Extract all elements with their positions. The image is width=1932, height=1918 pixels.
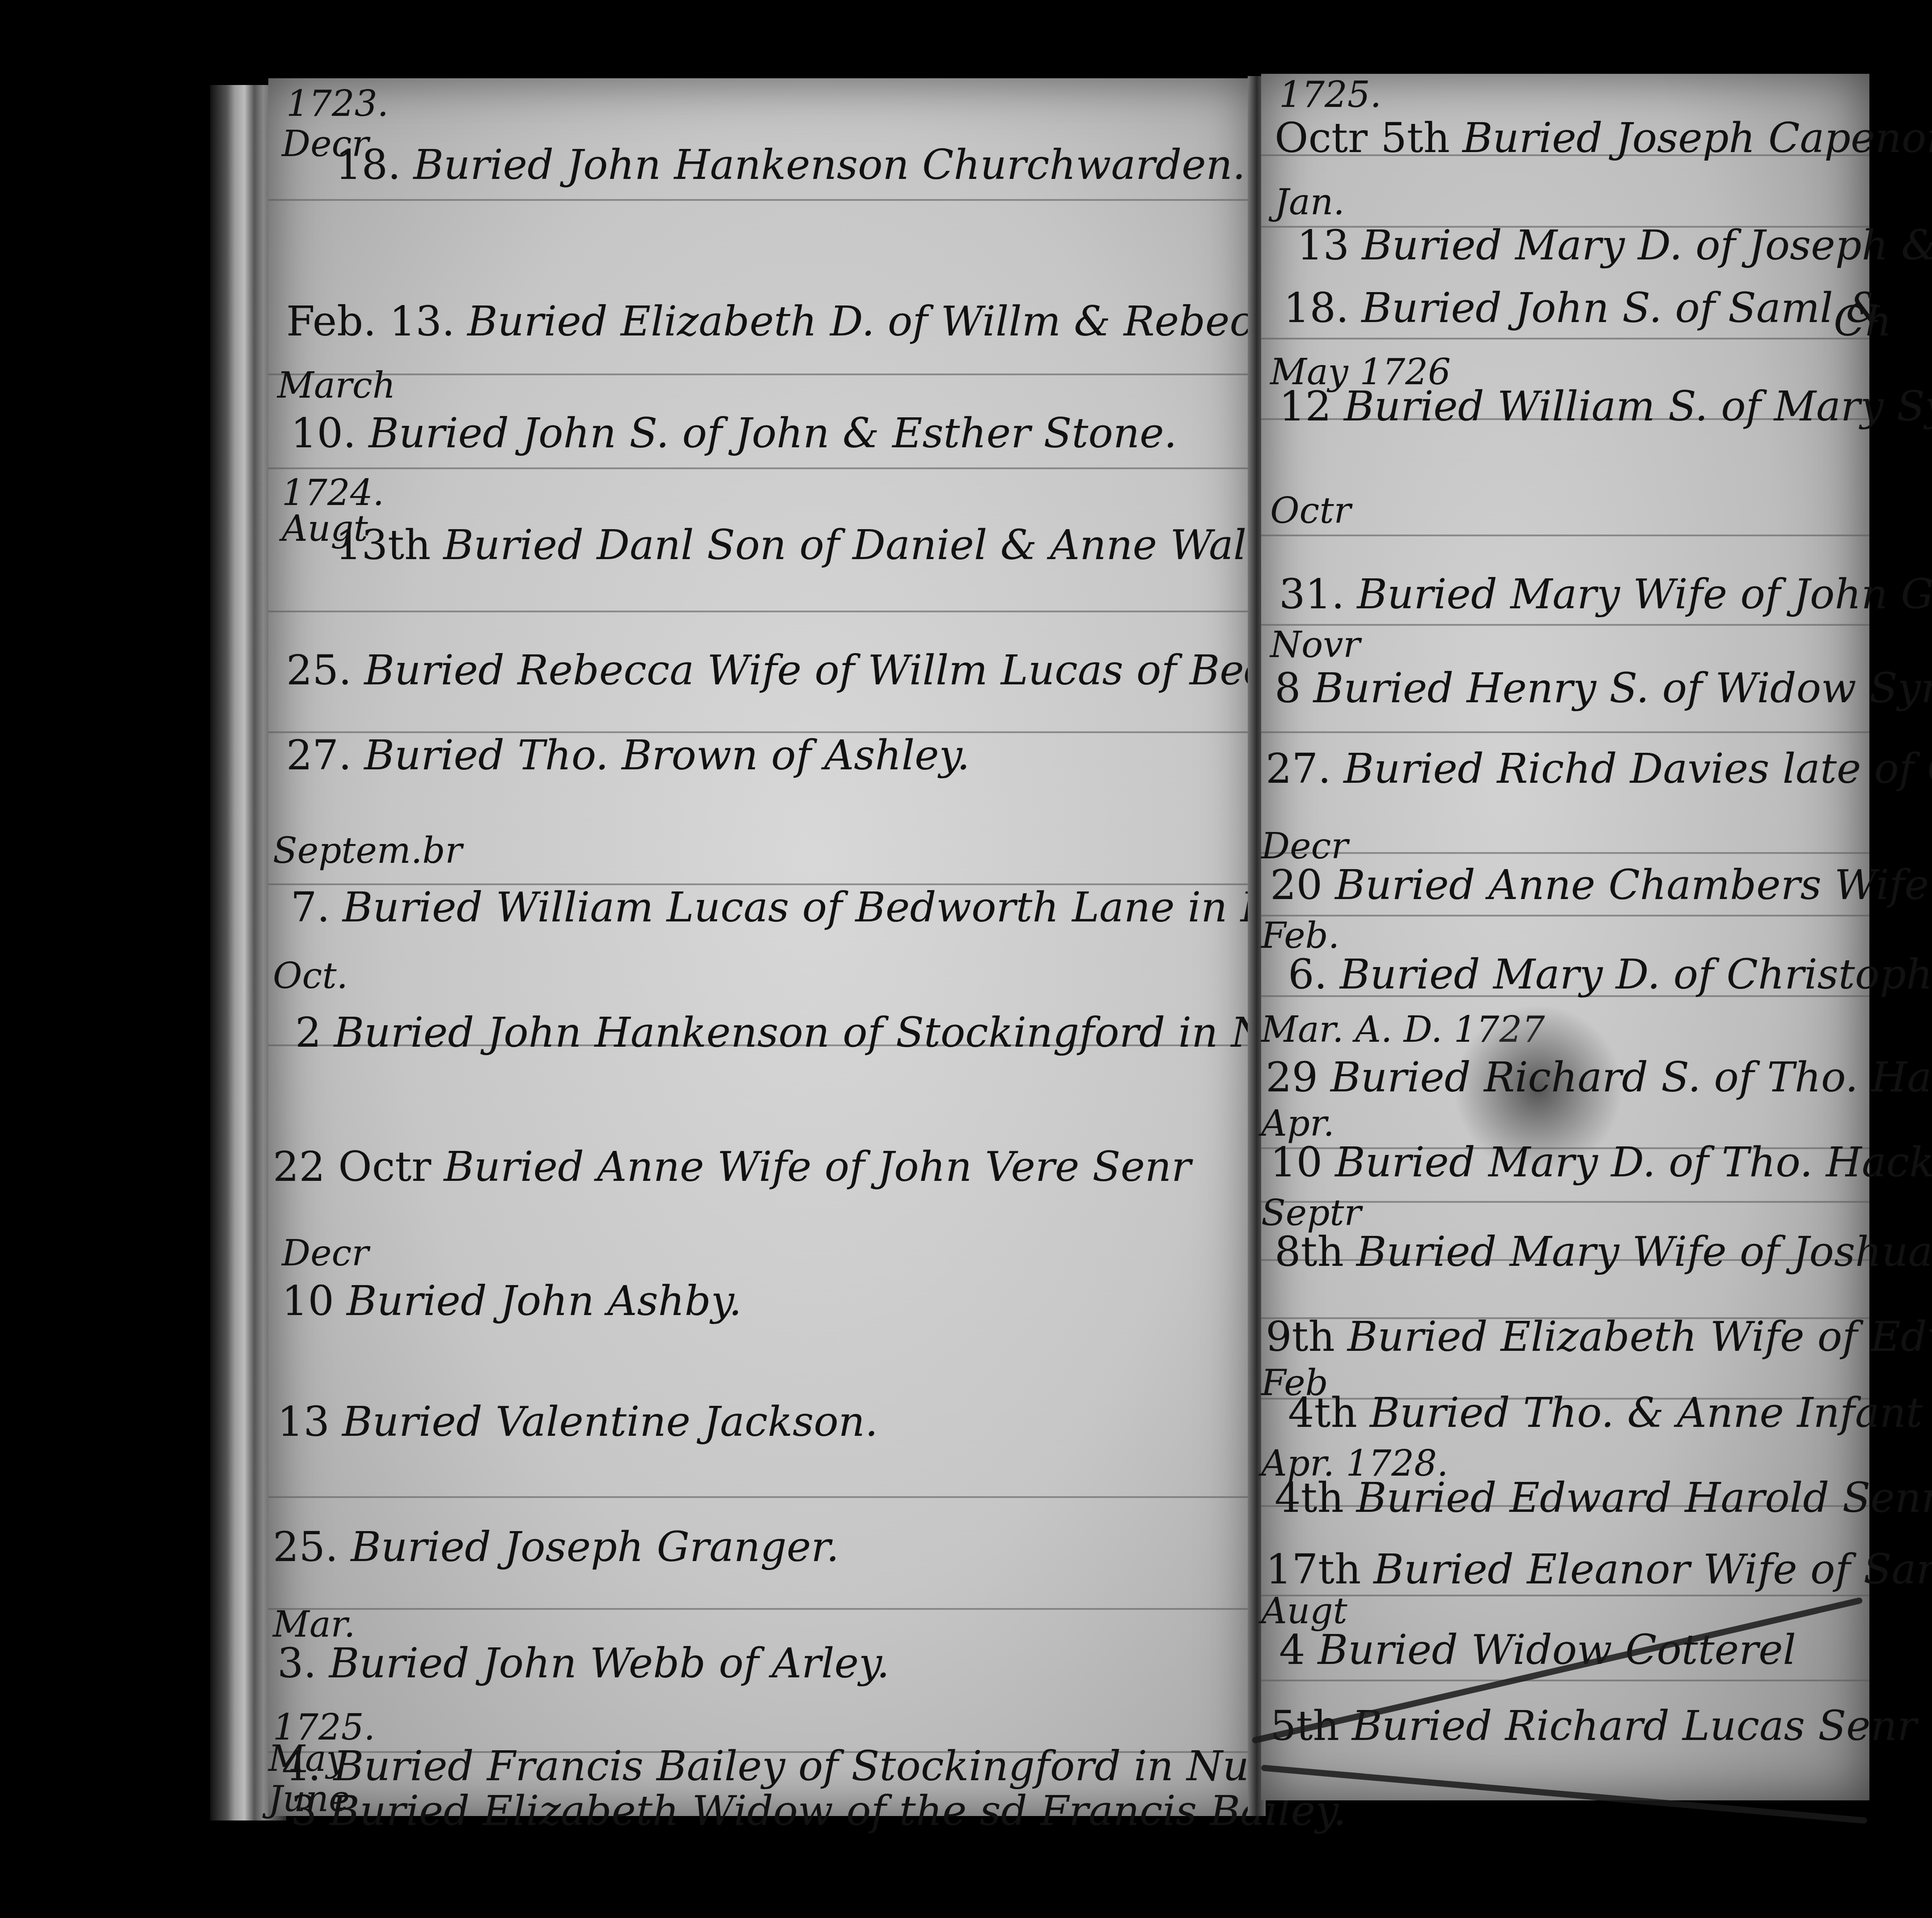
entry-day: 12 — [1279, 382, 1331, 430]
left-page: 1723. Decr 18.Buried John Hankenson Chur… — [268, 78, 1257, 1816]
ruled-line — [268, 467, 1257, 469]
entry-day: 25. — [273, 1523, 338, 1571]
ruled-line — [268, 611, 1257, 612]
entry-day: 8 — [1275, 664, 1301, 712]
burial-entry: 9thBuried Elizabeth Wife of Edwd — [1266, 1313, 1932, 1361]
entry-day: 18. — [1284, 284, 1349, 332]
burial-entry: 10Buried John Ashby. — [282, 1277, 742, 1325]
entry-text: Buried John Ashby. — [347, 1277, 742, 1325]
entry-day: 7. — [291, 883, 330, 931]
entry-day: 13 — [277, 1398, 330, 1446]
burial-entry: 3.Buried John Webb of Arley. — [277, 1639, 890, 1687]
entry-day: 13th — [335, 521, 431, 569]
entry-text: Buried Eleanor Wife of Saml Holmes of — [1373, 1545, 1932, 1593]
entry-day: 4 — [1279, 1626, 1305, 1674]
entry-day: Octr 5th — [1275, 114, 1450, 162]
burial-entry: 13Buried Mary D. of Joseph & Ma — [1297, 221, 1932, 269]
entry-day: 17th — [1266, 1545, 1361, 1593]
month-heading: Octr — [1270, 490, 1351, 531]
burial-entry: 8thBuried Mary Wife of Joshua — [1275, 1228, 1932, 1276]
entry-text: Buried Mary D. of Joseph & Ma — [1362, 221, 1932, 269]
month-heading: Septem.br — [273, 830, 462, 871]
burial-entry: 18.Buried John S. of Saml & — [1284, 284, 1883, 332]
ruled-line — [1261, 1595, 1869, 1596]
entry-text: Buried Tho. Brown of Ashley. — [364, 731, 970, 779]
entry-text: Buried John Webb of Arley. — [329, 1639, 890, 1687]
entry-day: 3 — [291, 1787, 317, 1835]
burial-entry: 10Buried Mary D. of Tho. Hacke — [1270, 1138, 1932, 1186]
entry-day: 25. — [286, 646, 352, 694]
entry-day: 22 Octr — [273, 1143, 431, 1191]
ruled-line — [268, 1496, 1257, 1498]
ruled-line — [268, 199, 1257, 201]
entry-text: Buried Anne Wife of John Vere Senr — [444, 1143, 1191, 1191]
burial-entry: 25.Buried Joseph Granger. — [273, 1523, 839, 1571]
burial-entry: 18.Buried John Hankenson Churchwarden. — [335, 141, 1246, 189]
burial-entry: 12Buried William S. of Mary Symon — [1279, 382, 1932, 430]
year-heading: 1725. — [1279, 74, 1381, 115]
ruled-line — [268, 373, 1257, 375]
burial-entry: 22 OctrBuried Anne Wife of John Vere Sen… — [273, 1143, 1191, 1191]
burial-entry: 31.Buried Mary Wife of John Grange — [1279, 570, 1932, 618]
entry-text: Buried Anne Chambers Wife of — [1335, 861, 1932, 909]
entry-day: 10. — [291, 409, 356, 457]
ruled-line — [1261, 535, 1869, 536]
entry-day: 13 — [1297, 221, 1349, 269]
entry-day: 4th — [1288, 1389, 1357, 1437]
entry-day: 10 — [282, 1277, 334, 1325]
margin-fragment: Ch — [1834, 297, 1892, 345]
burial-entry: 3Buried Elizabeth Widow of the sd Franci… — [291, 1787, 1346, 1835]
burial-entry: 13thBuried Danl Son of Daniel & Anne Wal… — [335, 521, 1284, 569]
burial-entry: 27.Buried Richd Davies late of Corl — [1266, 745, 1932, 793]
entry-day: 20 — [1270, 861, 1322, 909]
entry-text: Buried Joseph Granger. — [351, 1523, 839, 1571]
ruled-line — [1261, 852, 1869, 854]
month-heading: Novr — [1270, 624, 1360, 666]
entry-day: 6. — [1288, 951, 1327, 998]
burial-entry: 5thBuried Richard Lucas Senr — [1270, 1702, 1917, 1750]
entry-text: Buried Mary D. of Christopher & — [1340, 951, 1932, 998]
right-page: 1725. Octr 5thBuried Joseph Capenor of B… — [1261, 74, 1869, 1800]
burial-entry: 20Buried Anne Chambers Wife of — [1270, 861, 1932, 909]
entry-text: Buried Edward Harold Senr — [1356, 1474, 1932, 1522]
entry-text: Buried Henry S. of Widow Symond — [1313, 664, 1932, 712]
entry-text: Buried Mary D. of Tho. Hacke — [1335, 1138, 1932, 1186]
entry-text: Buried John S. of John & Esther Stone. — [369, 409, 1177, 457]
burial-entry: Octr 5thBuried Joseph Capenor of Breach — [1275, 114, 1932, 162]
entry-day: 9th — [1266, 1313, 1335, 1361]
burial-entry: 13Buried Valentine Jackson. — [277, 1398, 878, 1446]
entry-text: Buried Tho. & Anne Infant Twi — [1370, 1389, 1932, 1437]
register-book: 1723. Decr 18.Buried John Hankenson Chur… — [0, 0, 1932, 1918]
entry-day: Feb. 13. — [286, 297, 455, 345]
entry-text: Buried Joseph Capenor of Breach — [1462, 114, 1932, 162]
burial-entry: 17thBuried Eleanor Wife of Saml Holmes o… — [1266, 1545, 1932, 1593]
entry-text: Buried Elizabeth Widow of the sd Francis… — [330, 1787, 1347, 1835]
strike-through-line — [1261, 1765, 1867, 1824]
entry-text: Buried Richd Davies late of Corl — [1343, 745, 1932, 793]
month-heading: Oct. — [273, 955, 348, 997]
ruled-line — [1261, 338, 1869, 339]
entry-text: Buried Richard S. of Tho. Hack — [1330, 1053, 1932, 1101]
ruled-line — [1261, 731, 1869, 733]
entry-day: 18. — [335, 141, 401, 189]
entry-text: Buried John Hankenson Churchwarden. — [413, 141, 1246, 189]
entry-day: 10 — [1270, 1138, 1322, 1186]
entry-day: 27. — [1266, 745, 1331, 793]
entry-text: Buried Valentine Jackson. — [342, 1398, 878, 1446]
month-heading: Jan. — [1275, 181, 1345, 223]
burial-entry: 29Buried Richard S. of Tho. Hack — [1266, 1053, 1932, 1101]
ruled-line — [1261, 915, 1869, 917]
entry-text: Buried Mary Wife of Joshua — [1356, 1228, 1932, 1276]
entry-text: Buried Mary Wife of John Grange — [1357, 570, 1932, 618]
entry-text: Buried Danl Son of Daniel & Anne Wale. — [443, 521, 1284, 569]
entry-day: 2 — [295, 1009, 322, 1057]
entry-day: 3. — [277, 1639, 317, 1687]
entry-day: 29 — [1266, 1053, 1318, 1101]
ruled-line — [268, 1608, 1257, 1610]
entry-text: Buried John S. of Saml & — [1361, 284, 1882, 332]
ruled-line — [1261, 1680, 1869, 1681]
entry-text: Buried Richard Lucas Senr — [1352, 1702, 1917, 1750]
entry-day: 4th — [1275, 1474, 1344, 1522]
year-heading: 1723. — [286, 83, 389, 124]
burial-entry: 4thBuried Tho. & Anne Infant Twi — [1288, 1389, 1932, 1437]
burial-entry: 8Buried Henry S. of Widow Symond — [1275, 664, 1932, 712]
entry-day: 31. — [1279, 570, 1344, 618]
entry-text: Buried William S. of Mary Symon — [1344, 382, 1932, 430]
burial-entry: 10.Buried John S. of John & Esther Stone… — [291, 409, 1177, 457]
burial-entry: 27.Buried Tho. Brown of Ashley. — [286, 731, 970, 779]
month-heading: Decr — [282, 1232, 369, 1274]
month-heading: March — [277, 365, 395, 406]
entry-day: 27. — [286, 731, 352, 779]
burial-entry: 4thBuried Edward Harold Senr — [1275, 1474, 1932, 1522]
entry-day: 8th — [1275, 1228, 1344, 1276]
entry-text: Buried Elizabeth Wife of Edwd — [1347, 1313, 1932, 1361]
burial-entry: 6.Buried Mary D. of Christopher & — [1288, 951, 1932, 998]
